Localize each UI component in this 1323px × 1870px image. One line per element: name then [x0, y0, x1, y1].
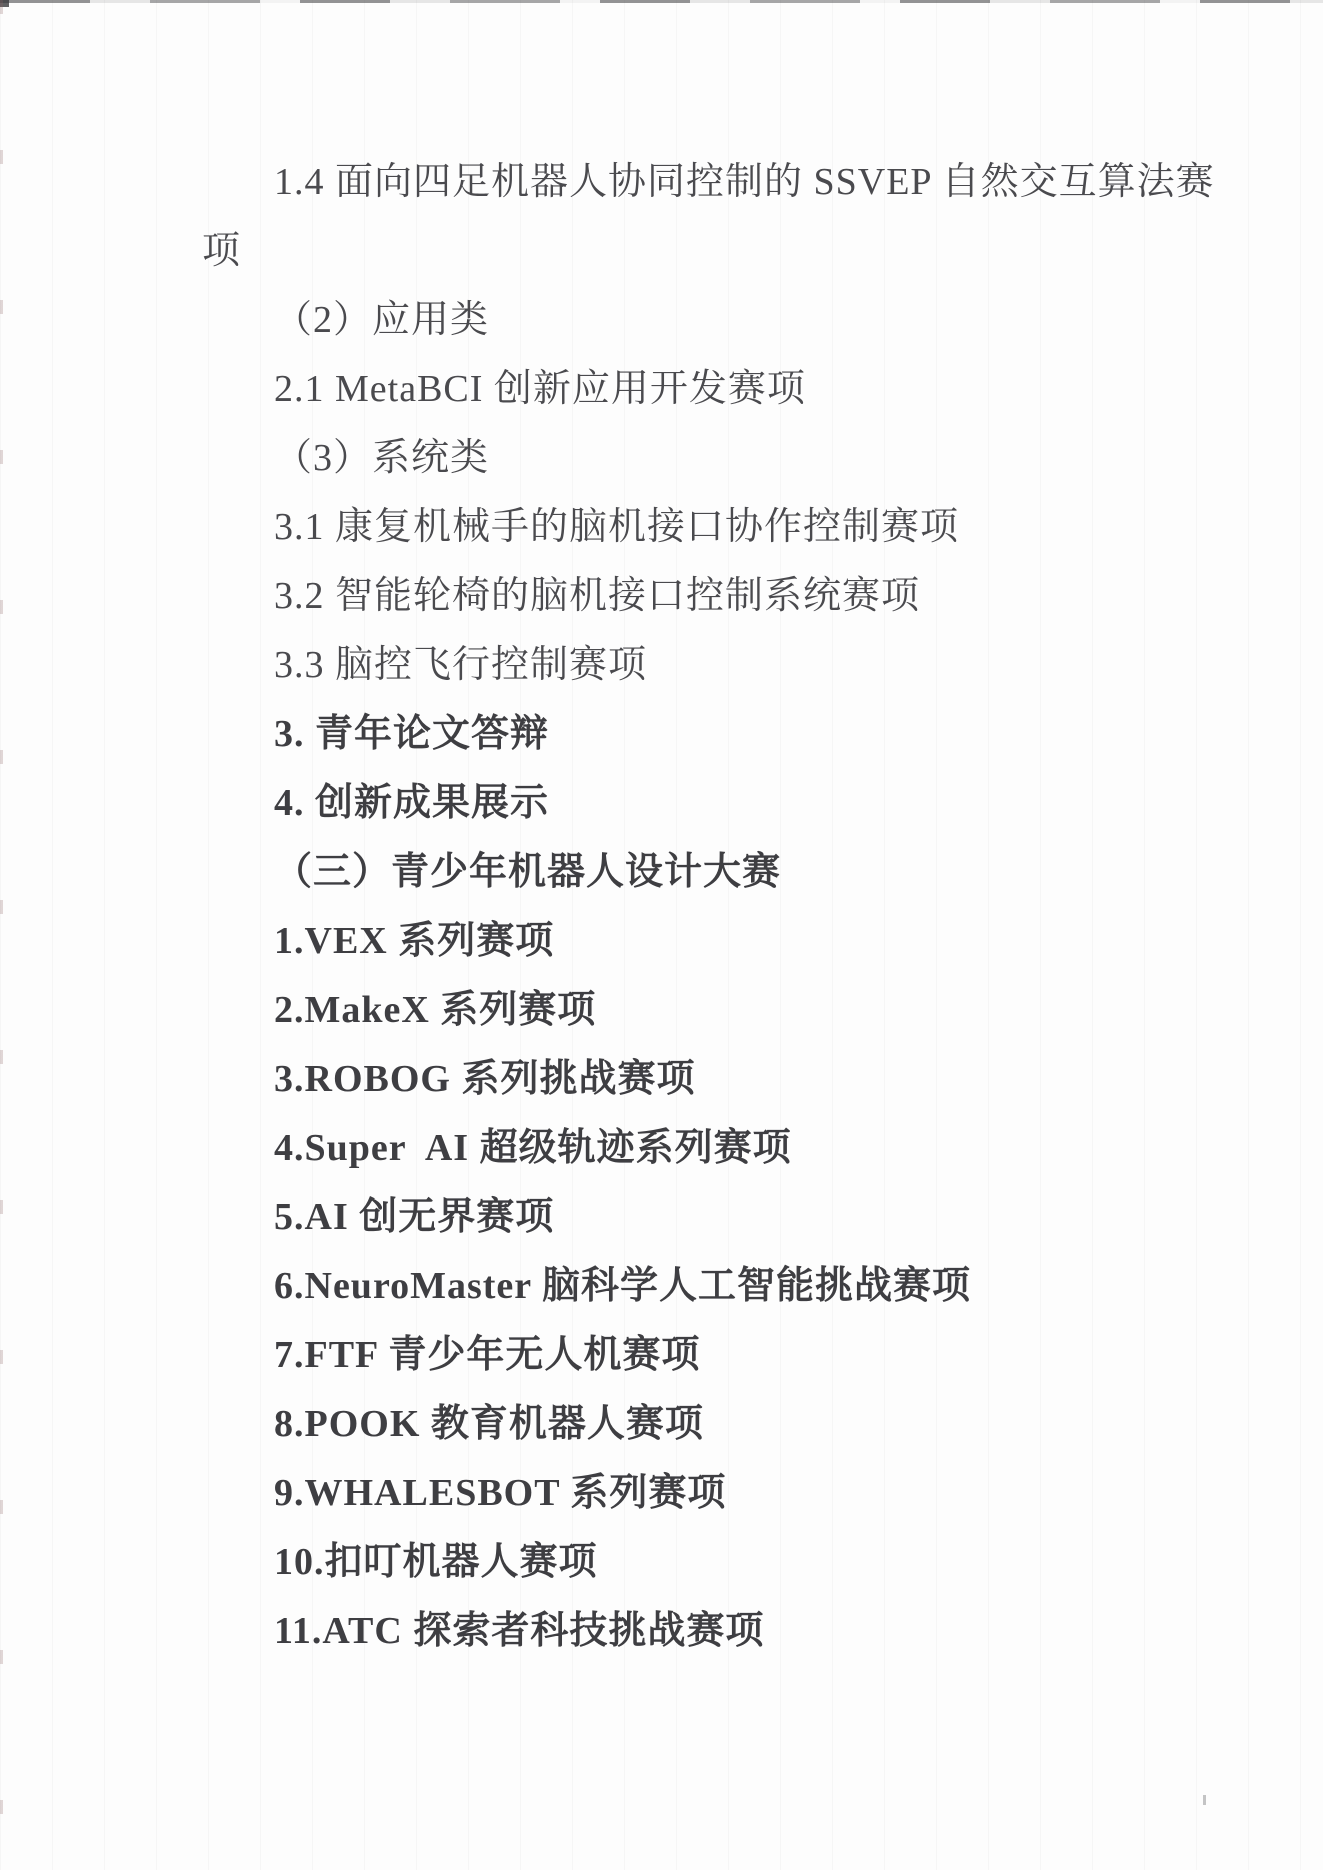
doc-line-item-4-superai: 4.Super AI 超级轨迹系列赛项 [202, 1114, 1192, 1183]
scanned-document-page: 1.4 面向四足机器人协同控制的 SSVEP 自然交互算法赛 项 （2）应用类 … [0, 0, 1323, 1870]
doc-line-competition-3-2: 3.2 智能轮椅的脑机接口控制系统赛项 [202, 562, 1192, 631]
doc-line-item-9-whalesbot: 9.WHALESBOT 系列赛项 [202, 1459, 1192, 1528]
scan-artifact-top-edge [0, 0, 1323, 3]
doc-line-item-7-ftf: 7.FTF 青少年无人机赛项 [202, 1321, 1192, 1390]
doc-line-item-10-kouding: 10.扣叮机器人赛项 [202, 1528, 1192, 1597]
doc-line-competition-1-4: 1.4 面向四足机器人协同控制的 SSVEP 自然交互算法赛 [202, 148, 1192, 217]
doc-line-section-4: 4. 创新成果展示 [202, 769, 1192, 838]
doc-line-competition-3-3: 3.3 脑控飞行控制赛项 [202, 631, 1192, 700]
doc-line-category-3: （3）系统类 [202, 424, 1192, 493]
doc-line-item-6-neuromaster: 6.NeuroMaster 脑科学人工智能挑战赛项 [202, 1252, 1192, 1321]
doc-line-competition-3-1: 3.1 康复机械手的脑机接口协作控制赛项 [202, 493, 1192, 562]
scan-artifact-speck [1203, 1795, 1206, 1805]
doc-line-wrap-continuation: 项 [202, 217, 1192, 286]
doc-line-section-3: 3. 青年论文答辩 [202, 700, 1192, 769]
doc-line-item-5-ai: 5.AI 创无界赛项 [202, 1183, 1192, 1252]
scan-artifact-left-edge [0, 0, 3, 1870]
doc-line-item-3-robog: 3.ROBOG 系列挑战赛项 [202, 1045, 1192, 1114]
doc-line-section-youth-robot: （三）青少年机器人设计大赛 [202, 838, 1192, 907]
document-text-block: 1.4 面向四足机器人协同控制的 SSVEP 自然交互算法赛 项 （2）应用类 … [202, 148, 1192, 1666]
doc-line-item-8-pook: 8.POOK 教育机器人赛项 [202, 1390, 1192, 1459]
doc-line-item-1-vex: 1.VEX 系列赛项 [202, 907, 1192, 976]
doc-line-item-11-atc: 11.ATC 探索者科技挑战赛项 [202, 1597, 1192, 1666]
doc-line-item-2-makex: 2.MakeX 系列赛项 [202, 976, 1192, 1045]
doc-line-category-2: （2）应用类 [202, 286, 1192, 355]
doc-line-competition-2-1: 2.1 MetaBCI 创新应用开发赛项 [202, 355, 1192, 424]
